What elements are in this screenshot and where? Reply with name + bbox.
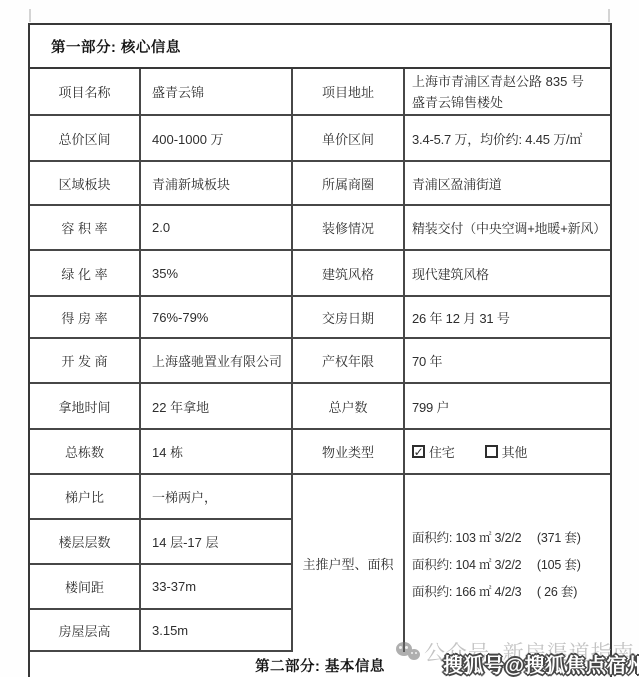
checkbox-checked-icon: ✓ [412, 445, 425, 458]
row-label: 单价区间 [293, 116, 405, 162]
row-label: 开 发 商 [30, 339, 141, 384]
cropped-border-remnant-right [608, 9, 610, 22]
property-type-options: ✓住宅其他 [412, 442, 527, 461]
unit-area-line: 面积约: 104 ㎡ 3/2/2 (105 套) [412, 555, 581, 573]
row-label: 区域板块 [30, 162, 141, 206]
checkbox-option: ✓住宅 [412, 442, 455, 461]
row-value: 上海盛驰置业有限公司 [141, 339, 293, 384]
row-value: 盛青云锦 [141, 69, 293, 116]
row-label: 总栋数 [30, 430, 141, 475]
row-value: 76%-79% [141, 297, 293, 339]
document-page: 第一部分: 核心信息 项目名称盛青云锦项目地址上海市青浦区青赵公路 835 号 … [0, 0, 639, 677]
row-label: 楼层层数 [30, 520, 141, 565]
row-value: 22 年拿地 [141, 384, 293, 430]
row-label: 梯户比 [30, 475, 141, 520]
row-label: 容 积 率 [30, 206, 141, 251]
row-label: 得 房 率 [30, 297, 141, 339]
row-value: 一梯两户， [141, 475, 293, 520]
row-label: 楼间距 [30, 565, 141, 610]
row-value: 35% [141, 251, 293, 297]
row-value: ✓住宅其他 [405, 430, 610, 475]
row-value: 上海市青浦区青赵公路 835 号 盛青云锦售楼处 [405, 69, 610, 116]
row-label: 交房日期 [293, 297, 405, 339]
checkbox-label: 其他 [502, 442, 528, 461]
row-value: 70 年 [405, 339, 610, 384]
row-value: 14 栋 [141, 430, 293, 475]
watermark-sohu-account: 搜狐号@搜狐焦点宿州站 [443, 649, 639, 677]
row-value: 400-1000 万 [141, 116, 293, 162]
row-value: 青浦新城板块 [141, 162, 293, 206]
row-label: 建筑风格 [293, 251, 405, 297]
row-value: 青浦区盈浦街道 [405, 162, 610, 206]
row-value: 14 层-17 层 [141, 520, 293, 565]
checkbox-option: 其他 [485, 442, 528, 461]
row-value: 3.4-5.7 万，均价约: 4.45 万/㎡ [405, 116, 610, 162]
row-value: 26 年 12 月 31 号 [405, 297, 610, 339]
row-label: 装修情况 [293, 206, 405, 251]
merged-unit-type-values: 面积约: 103 ㎡ 3/2/2 (371 套)面积约: 104 ㎡ 3/2/2… [405, 475, 610, 652]
row-value: 精装交付（中央空调+地暖+新风） [405, 206, 610, 251]
unit-area-line: 面积约: 166 ㎡ 4/2/3 ( 26 套) [412, 582, 577, 600]
row-value: 33-37m [141, 565, 293, 610]
checkbox-unchecked-icon [485, 445, 498, 458]
row-label: 绿 化 率 [30, 251, 141, 297]
row-value: 2.0 [141, 206, 293, 251]
row-label: 房屋层高 [30, 610, 141, 652]
section1-header: 第一部分: 核心信息 [30, 25, 610, 69]
wechat-icon [396, 641, 426, 664]
row-label: 产权年限 [293, 339, 405, 384]
row-label: 拿地时间 [30, 384, 141, 430]
row-label: 总户数 [293, 384, 405, 430]
cropped-border-remnant-left [29, 9, 31, 22]
merged-unit-type-label: 主推户型、面积 [293, 475, 405, 652]
row-value: 799 户 [405, 384, 610, 430]
row-value: 3.15m [141, 610, 293, 652]
row-label: 物业类型 [293, 430, 405, 475]
row-label: 项目名称 [30, 69, 141, 116]
row-label: 项目地址 [293, 69, 405, 116]
row-value: 现代建筑风格 [405, 251, 610, 297]
info-table: 第一部分: 核心信息 项目名称盛青云锦项目地址上海市青浦区青赵公路 835 号 … [28, 23, 612, 677]
row-label: 所属商圈 [293, 162, 405, 206]
checkbox-label: 住宅 [429, 442, 455, 461]
row-label: 总价区间 [30, 116, 141, 162]
unit-area-line: 面积约: 103 ㎡ 3/2/2 (371 套) [412, 528, 581, 546]
